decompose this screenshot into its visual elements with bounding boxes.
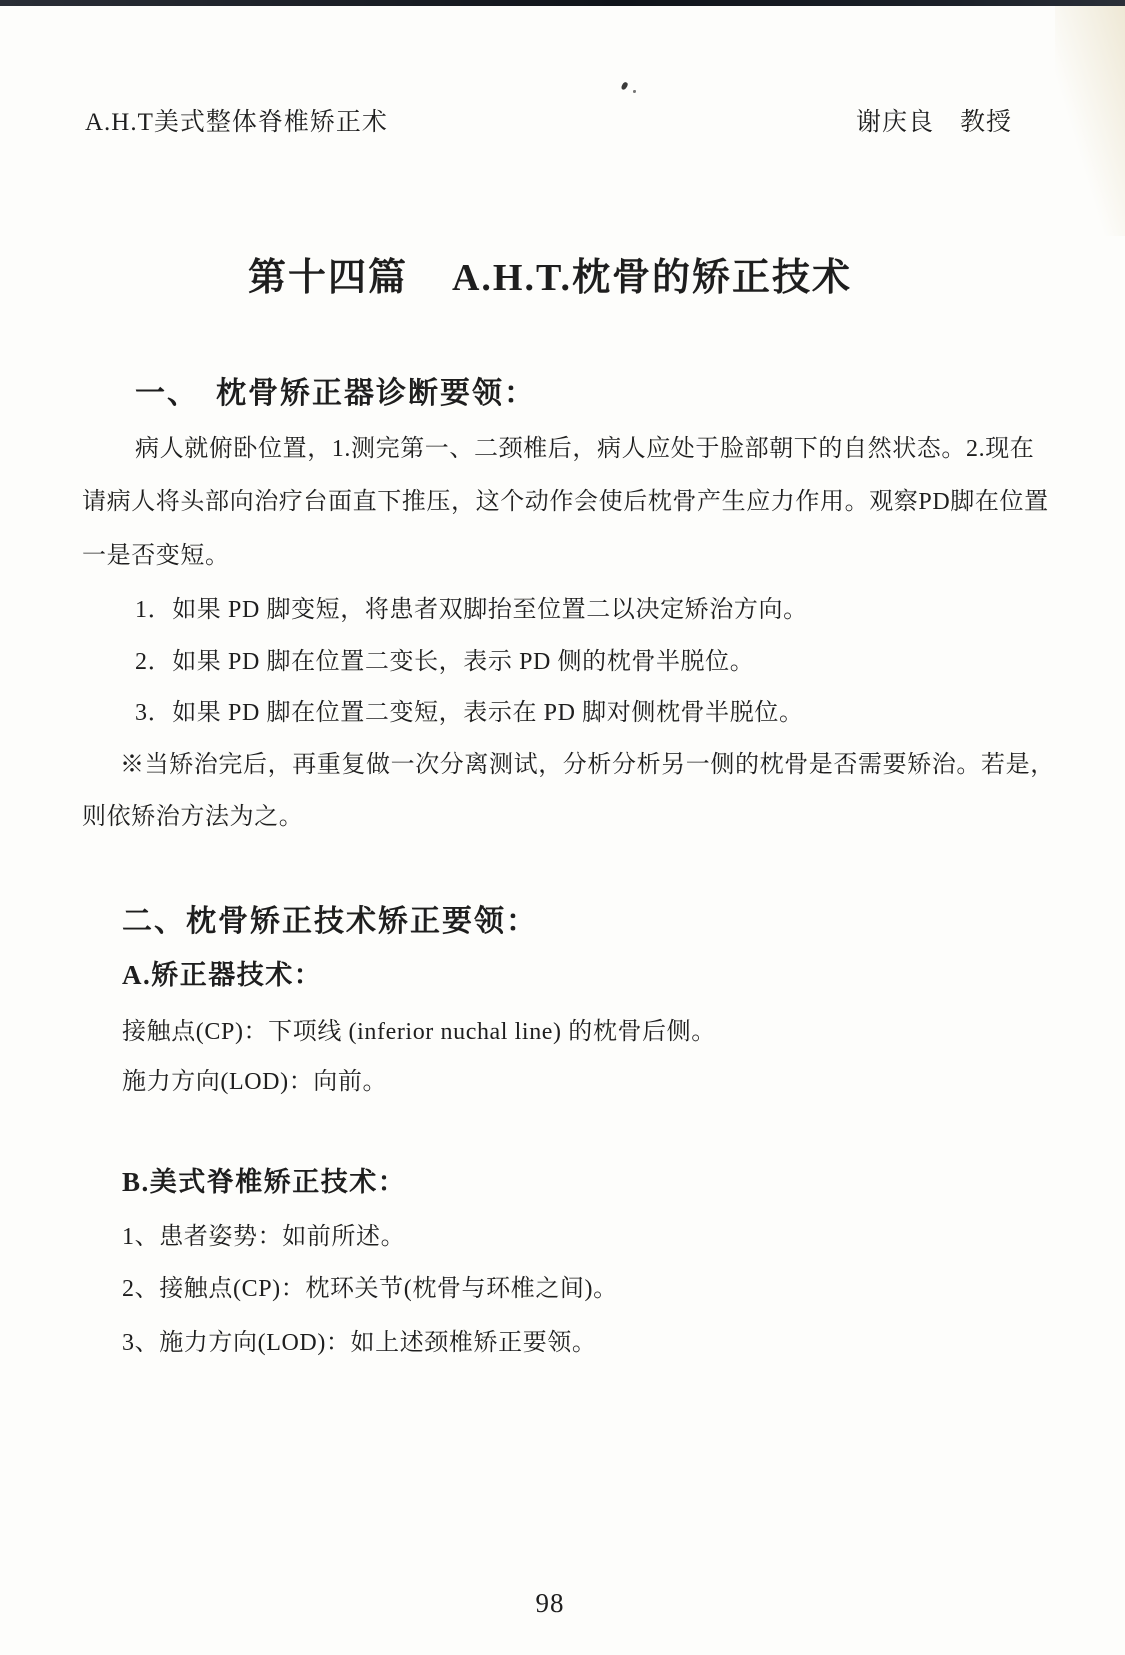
list-item: 1．如果 PD 脚变短，将患者双脚抬至位置二以决定矫治方向。 [135, 589, 808, 624]
paragraph-line: 请病人将头部向治疗台面直下推压，这个动作会使后枕骨产生应力作用。观察PD脚在位置 [82, 481, 1049, 516]
paragraph-line: 一是否变短。 [82, 535, 230, 570]
subsection-a-heading: A.矫正器技术： [122, 953, 322, 992]
list-item: 1、患者姿势：如前所述。 [122, 1216, 405, 1251]
header-book-title: A.H.T美式整体脊椎矫正术 [85, 102, 388, 138]
scanner-edge-strip [0, 0, 1125, 6]
scan-corner-shade [1055, 6, 1125, 236]
list-item: 3．如果 PD 脚在位置二变短，表示在 PD 脚对侧枕骨半脱位。 [135, 692, 804, 727]
title-name: A.H.T.枕骨的矫正技术 [452, 257, 852, 299]
note-line: 则依矫治方法为之。 [82, 796, 303, 831]
note-line: ※当矫治完后，再重复做一次分离测试，分析分析另一侧的枕骨是否需要矫治。若是， [120, 744, 1055, 779]
contact-point-line: 接触点(CP)：下项线 (inferior nuchal line) 的枕骨后侧… [122, 1011, 716, 1046]
list-item: 3、施力方向(LOD)：如上述颈椎矫正要领。 [122, 1322, 597, 1357]
page-header: A.H.T美式整体脊椎矫正术 谢庆良 教授 [85, 102, 1012, 138]
section2-heading: 二、枕骨矫正技术矫正要领： [122, 896, 538, 940]
subsection-b-heading: B.美式脊椎矫正技术： [122, 1160, 406, 1199]
line-of-drive-line: 施力方向(LOD)：向前。 [122, 1061, 387, 1096]
list-item: 2、接触点(CP)：枕环关节(枕骨与环椎之间)。 [122, 1268, 618, 1303]
scan-speck [633, 90, 636, 93]
list-item: 2．如果 PD 脚在位置二变长，表示 PD 侧的枕骨半脱位。 [135, 641, 754, 676]
scanned-document-page: A.H.T美式整体脊椎矫正术 谢庆良 教授 第十四篇A.H.T.枕骨的矫正技术 … [0, 0, 1125, 1655]
title-chapter: 第十四篇 [248, 257, 408, 299]
header-author: 谢庆良 教授 [856, 102, 1012, 138]
section1-heading: 一、 枕骨矫正器诊断要领： [135, 368, 536, 412]
scan-speck [620, 81, 628, 90]
paragraph-line: 病人就俯卧位置，1.测完第一、二颈椎后，病人应处于脸部朝下的自然状态。2.现在 [135, 428, 1034, 463]
page-number: 98 [0, 1588, 1100, 1619]
document-title: 第十四篇A.H.T.枕骨的矫正技术 [0, 246, 1100, 301]
